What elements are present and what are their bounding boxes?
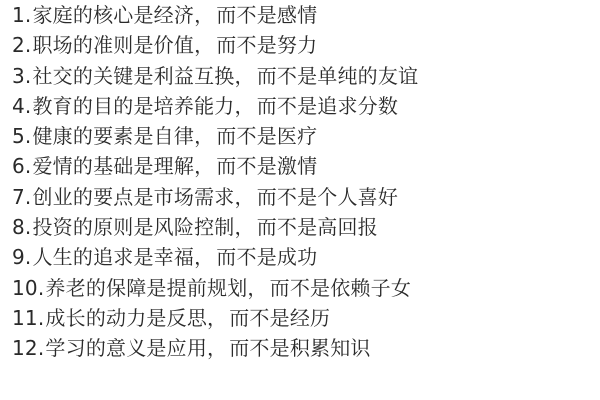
item-premise: 学习的意义是应用 xyxy=(45,336,207,360)
item-premise: 家庭的核心是经济 xyxy=(32,3,194,27)
item-number: 1. xyxy=(12,3,31,27)
list-item: 9.人生的追求是幸福，而不是成功 xyxy=(12,242,600,272)
item-number: 10. xyxy=(12,276,44,300)
item-contrast: 而不是依赖子女 xyxy=(270,276,411,300)
item-premise: 人生的追求是幸福 xyxy=(32,245,194,269)
item-premise: 职场的准则是价值 xyxy=(32,33,194,57)
item-contrast: 而不是努力 xyxy=(216,33,317,57)
item-contrast: 而不是个人喜好 xyxy=(257,185,398,209)
list-item: 7.创业的要点是市场需求，而不是个人喜好 xyxy=(12,182,600,212)
list-item: 11.成长的动力是反思，而不是经历 xyxy=(12,303,600,333)
item-separator: ， xyxy=(234,185,254,209)
item-separator: ， xyxy=(234,215,254,239)
list-item: 8.投资的原则是风险控制，而不是高回报 xyxy=(12,212,600,242)
list-item: 1.家庭的核心是经济，而不是感情 xyxy=(12,0,600,30)
item-premise: 投资的原则是风险控制 xyxy=(32,215,234,239)
item-contrast: 而不是追求分数 xyxy=(257,94,398,118)
item-number: 9. xyxy=(12,245,31,269)
item-number: 11. xyxy=(12,306,44,330)
list-item: 12.学习的意义是应用，而不是积累知识 xyxy=(12,333,600,363)
item-separator: ， xyxy=(207,336,227,360)
item-number: 4. xyxy=(12,94,31,118)
item-premise: 健康的要素是自律 xyxy=(32,124,194,148)
item-separator: ， xyxy=(247,276,267,300)
item-contrast: 而不是成功 xyxy=(216,245,317,269)
item-premise: 创业的要点是市场需求 xyxy=(32,185,234,209)
item-number: 6. xyxy=(12,154,31,178)
list-item: 5.健康的要素是自律，而不是医疗 xyxy=(12,121,600,151)
list-item: 2.职场的准则是价值，而不是努力 xyxy=(12,30,600,60)
item-separator: ， xyxy=(207,306,227,330)
item-number: 3. xyxy=(12,64,31,88)
item-premise: 养老的保障是提前规划 xyxy=(45,276,247,300)
item-contrast: 而不是感情 xyxy=(216,3,317,27)
item-contrast: 而不是经历 xyxy=(229,306,330,330)
item-separator: ， xyxy=(234,64,254,88)
item-number: 12. xyxy=(12,336,44,360)
list-item: 6.爱情的基础是理解，而不是激情 xyxy=(12,151,600,181)
item-separator: ， xyxy=(194,124,214,148)
item-contrast: 而不是高回报 xyxy=(257,215,378,239)
item-contrast: 而不是积累知识 xyxy=(229,336,370,360)
list-item: 3.社交的关键是利益互换，而不是单纯的友谊 xyxy=(12,61,600,91)
list-item: 10.养老的保障是提前规划，而不是依赖子女 xyxy=(12,273,600,303)
item-premise: 社交的关键是利益互换 xyxy=(32,64,234,88)
item-contrast: 而不是激情 xyxy=(216,154,317,178)
item-separator: ， xyxy=(234,94,254,118)
list-item: 4.教育的目的是培养能力，而不是追求分数 xyxy=(12,91,600,121)
item-number: 8. xyxy=(12,215,31,239)
numbered-list-document: 1.家庭的核心是经济，而不是感情 2.职场的准则是价值，而不是努力 3.社交的关… xyxy=(12,0,600,364)
item-contrast: 而不是医疗 xyxy=(216,124,317,148)
item-separator: ， xyxy=(194,33,214,57)
item-contrast: 而不是单纯的友谊 xyxy=(257,64,419,88)
item-number: 7. xyxy=(12,185,31,209)
item-number: 2. xyxy=(12,33,31,57)
item-premise: 爱情的基础是理解 xyxy=(32,154,194,178)
item-number: 5. xyxy=(12,124,31,148)
item-separator: ， xyxy=(194,3,214,27)
item-separator: ， xyxy=(194,245,214,269)
item-premise: 教育的目的是培养能力 xyxy=(32,94,234,118)
item-separator: ， xyxy=(194,154,214,178)
item-premise: 成长的动力是反思 xyxy=(45,306,207,330)
